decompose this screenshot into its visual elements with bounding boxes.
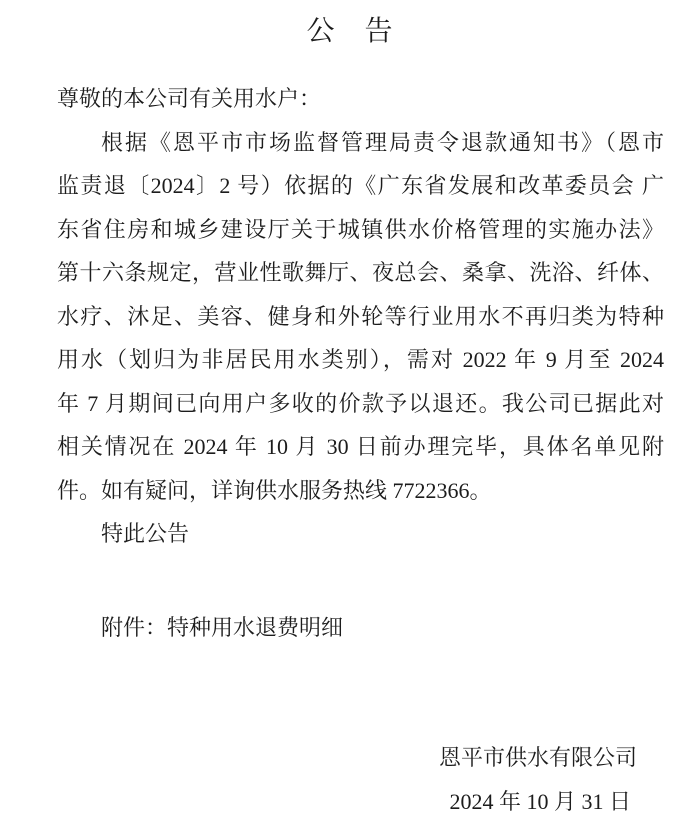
announcement-page: 公 告 尊敬的本公司有关用水户： 根据《恩平市市场监督管理局责令退款通知书》（恩… — [0, 0, 700, 829]
body-line: 相关情况在 2024 年 10 月 30 日前办理完毕，具体名单见附 — [57, 425, 664, 469]
body-line: 第十六条规定，营业性歌舞厅、夜总会、桑拿、洗浴、纤体、 — [57, 251, 664, 295]
signature-company: 恩平市供水有限公司 — [57, 736, 664, 780]
body-line: 监责退〔2024〕2 号）依据的《广东省发展和改革委员会 广 — [57, 164, 664, 208]
body-line: 水疗、沐足、美容、健身和外轮等行业用水不再归类为特种 — [57, 295, 664, 339]
document-body: 尊敬的本公司有关用水户： 根据《恩平市市场监督管理局责令退款通知书》（恩市 监责… — [0, 77, 700, 823]
body-line: 东省住房和城乡建设厅关于城镇供水价格管理的实施办法》 — [57, 208, 664, 252]
attachment-note: 附件：特种用水退费明细 — [57, 606, 664, 650]
signature-block: 恩平市供水有限公司 2024 年 10 月 31 日 — [57, 736, 664, 823]
document-title: 公 告 — [0, 0, 700, 52]
body-line: 年 7 月期间已向用户多收的价款予以退还。我公司已据此对 — [57, 382, 664, 426]
signature-date: 2024 年 10 月 31 日 — [57, 780, 664, 824]
body-line: 根据《恩平市市场监督管理局责令退款通知书》（恩市 — [57, 121, 664, 165]
greeting-line: 尊敬的本公司有关用水户： — [57, 77, 664, 121]
body-line: 用水（划归为非居民用水类别），需对 2022 年 9 月至 2024 — [57, 338, 664, 382]
body-line: 件。如有疑问，详询供水服务热线 7722366。 — [57, 469, 664, 513]
closing-line: 特此公告 — [57, 512, 664, 556]
